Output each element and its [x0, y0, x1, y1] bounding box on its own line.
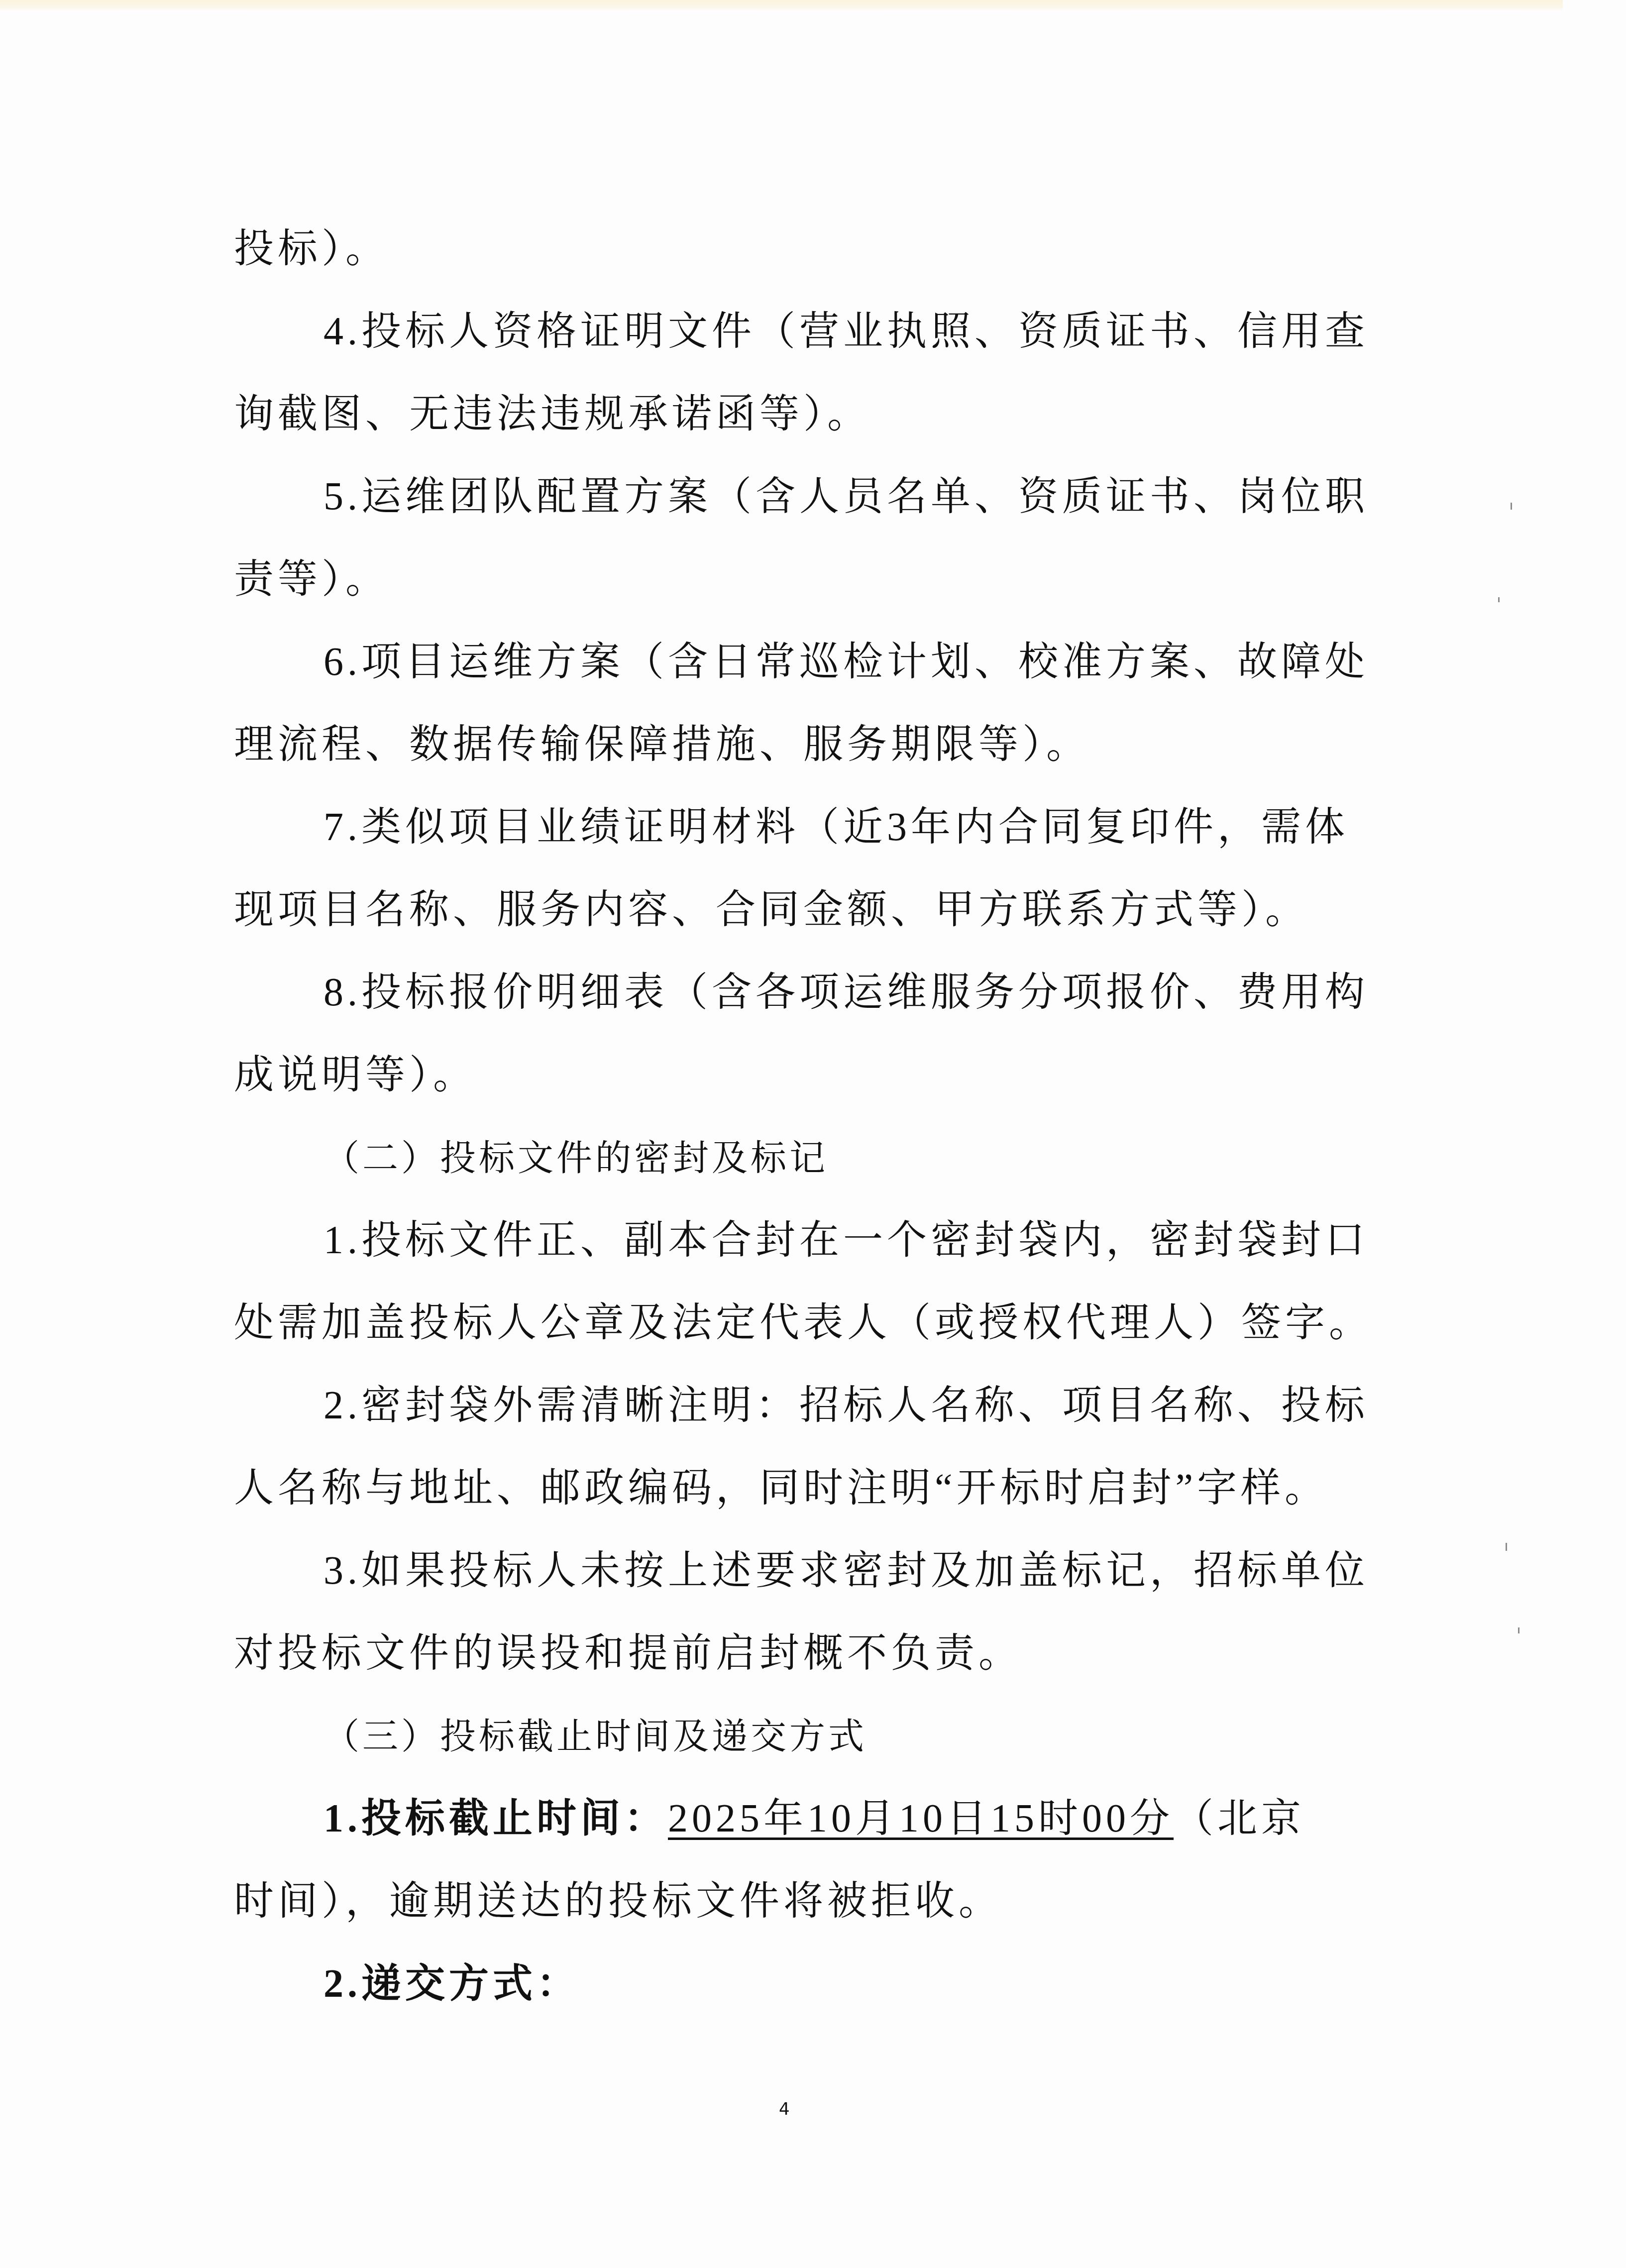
paragraph-line: 投标）。: [234, 219, 1344, 302]
list-item-8: 8.投标报价明细表（含各项运维服务分项报价、费用构: [234, 963, 1344, 1045]
scan-speck: [1518, 1627, 1519, 1633]
paragraph-line: 处需加盖投标人公章及法定代表人（或授权代理人）签字。: [234, 1293, 1344, 1376]
section-heading-sealing: （二）投标文件的密封及标记: [234, 1128, 1344, 1210]
sealing-item-2: 2.密封袋外需清晰注明：招标人名称、项目名称、投标: [234, 1376, 1344, 1458]
list-item-6: 6.项目运维方案（含日常巡检计划、校准方案、故障处: [234, 632, 1344, 715]
paragraph-line: 责等）。: [234, 549, 1344, 632]
scan-edge-band: [0, 0, 1563, 11]
deadline-value: 2025年10月10日15时00分: [668, 1797, 1174, 1840]
list-item-7: 7.类似项目业绩证明材料（近3年内合同复印件，需体: [234, 797, 1344, 880]
deadline-suffix: （北京: [1174, 1797, 1305, 1840]
paragraph-line: 询截图、无违法违规承诺函等）。: [234, 384, 1344, 467]
section-heading-deadline: （三）投标截止时间及递交方式: [234, 1706, 1344, 1789]
paragraph-line: 成说明等）。: [234, 1045, 1344, 1128]
paragraph-line: 人名称与地址、邮政编码，同时注明“开标时启封”字样。: [234, 1458, 1344, 1541]
sealing-item-1: 1.投标文件正、副本合封在一个密封袋内，密封袋封口: [234, 1210, 1344, 1293]
paragraph-line: 对投标文件的误投和提前启封概不负责。: [234, 1623, 1344, 1706]
scan-speck: [1511, 503, 1512, 510]
document-body: 投标）。 4.投标人资格证明文件（营业执照、资质证书、信用查 询截图、无违法违规…: [234, 219, 1344, 2037]
submission-item: 2.递交方式：: [234, 1954, 1344, 2037]
paragraph-line: 时间），逾期送达的投标文件将被拒收。: [234, 1871, 1344, 1954]
paragraph-line: 理流程、数据传输保障措施、服务期限等）。: [234, 715, 1344, 797]
scan-speck: [1506, 1543, 1507, 1551]
paragraph-line: 现项目名称、服务内容、合同金额、甲方联系方式等）。: [234, 880, 1344, 963]
page-number: 4: [779, 2099, 790, 2119]
deadline-item: 1.投标截止时间：2025年10月10日15时00分（北京: [234, 1789, 1344, 1871]
deadline-label: 1.投标截止时间：: [324, 1797, 668, 1840]
scan-speck: [1498, 597, 1500, 602]
submission-label: 2.递交方式：: [324, 1962, 580, 2006]
list-item-5: 5.运维团队配置方案（含人员名单、资质证书、岗位职: [234, 467, 1344, 549]
list-item-4: 4.投标人资格证明文件（营业执照、资质证书、信用查: [234, 302, 1344, 384]
sealing-item-3: 3.如果投标人未按上述要求密封及加盖标记，招标单位: [234, 1541, 1344, 1623]
